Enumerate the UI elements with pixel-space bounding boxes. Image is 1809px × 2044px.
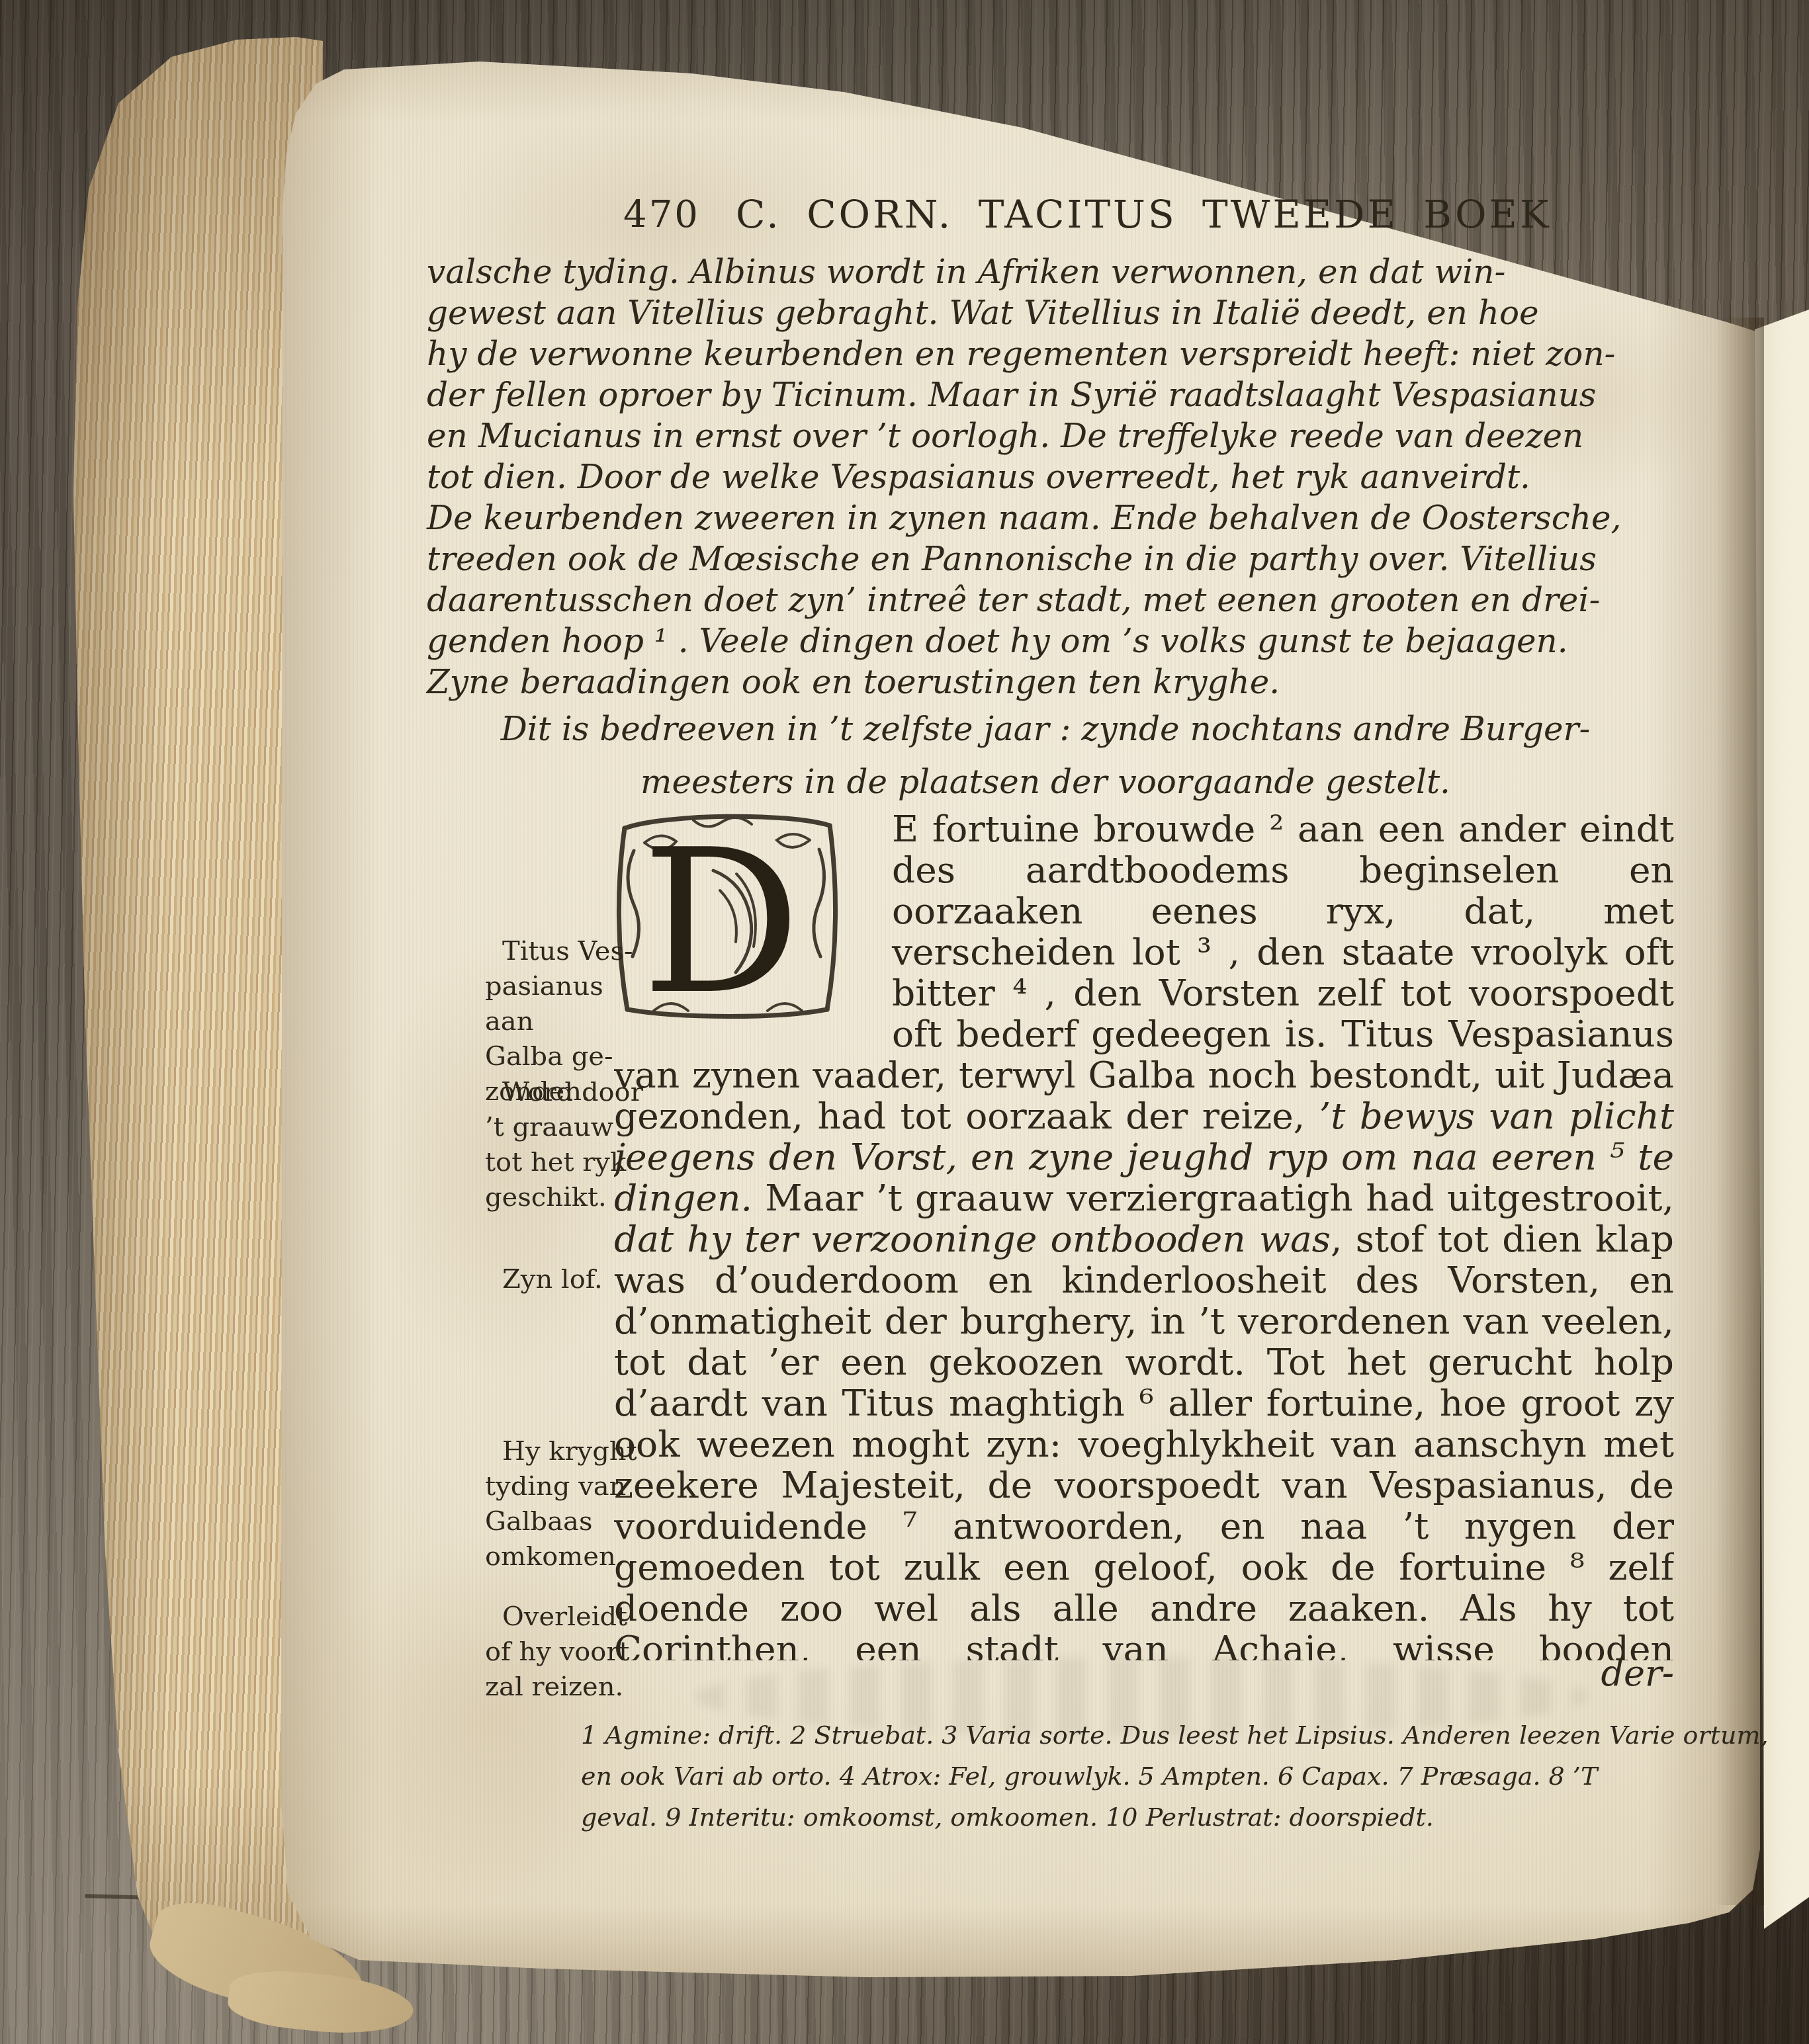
page-number: 470 [623, 193, 700, 236]
argument-line: Zyne beraadingen ook en toerustingen ten… [427, 661, 1624, 703]
drop-cap-letter: D [642, 811, 801, 1021]
margin-note: Hy kryght tyding van Galbaas omkomen. [485, 1434, 650, 1574]
argument-line: genden hoop ¹ . Veele dingen doet hy om … [427, 620, 1624, 661]
footnotes: 1 Agmine: drift. 2 Struebat. 3 Varia sor… [581, 1715, 1719, 1838]
chapter-note-line: meesters in de plaatsen der voorgaande g… [463, 755, 1628, 808]
argument-line: gewest aan Vitellius gebraght. Wat Vitel… [427, 292, 1624, 333]
chapter-note-line: Dit is bedreeven in ’t zelfste jaar : zy… [463, 703, 1628, 755]
margin-note: Overleidt of hy voort zal reizen. [485, 1599, 650, 1705]
argument-line: tot dien. Door de welke Vespasianus over… [427, 456, 1624, 497]
running-title: C. CORN. TACITUS TWEEDE BOEK [736, 192, 1551, 237]
footnote-line: geval. 9 Interitu: omkoomst, omkoomen. 1… [581, 1797, 1719, 1838]
footnote-line: en ook Vari ab orto. 4 Atrox: Fel, grouw… [581, 1756, 1719, 1797]
margin-note: Zyn lof. [485, 1262, 650, 1297]
argument-line: daarentusschen doet zyn’ intreê ter stad… [427, 579, 1624, 620]
argument-line: De keurbenden zweeren in zynen naam. End… [427, 497, 1624, 538]
photo-of-book-page: 470 C. CORN. TACITUS TWEEDE BOEK valsche… [0, 0, 1809, 2044]
printed-text-layer: 470 C. CORN. TACITUS TWEEDE BOEK valsche… [0, 0, 1809, 2044]
chapter-argument: valsche tyding. Albinus wordt in Afriken… [427, 251, 1624, 703]
argument-line: valsche tyding. Albinus wordt in Afriken… [427, 251, 1624, 292]
argument-line: treeden ook de Mœsische en Pannonische i… [427, 538, 1624, 579]
argument-line: en Mucianus in ernst over ’t oorlogh. De… [427, 415, 1624, 456]
argument-line: der fellen oproer by Ticinum. Maar in Sy… [427, 374, 1624, 415]
chapter-note: Dit is bedreeven in ’t zelfste jaar : zy… [463, 703, 1628, 808]
argument-line: hy de verwonne keurbenden en regementen … [427, 333, 1624, 374]
body-paragraph: D E fortuine brouwde ² aan een ander ein… [614, 808, 1674, 1660]
margin-note: Word door ’t graauw tot het ryk geschikt… [485, 1075, 650, 1215]
footnote-line: 1 Agmine: drift. 2 Struebat. 3 Varia sor… [581, 1715, 1719, 1756]
